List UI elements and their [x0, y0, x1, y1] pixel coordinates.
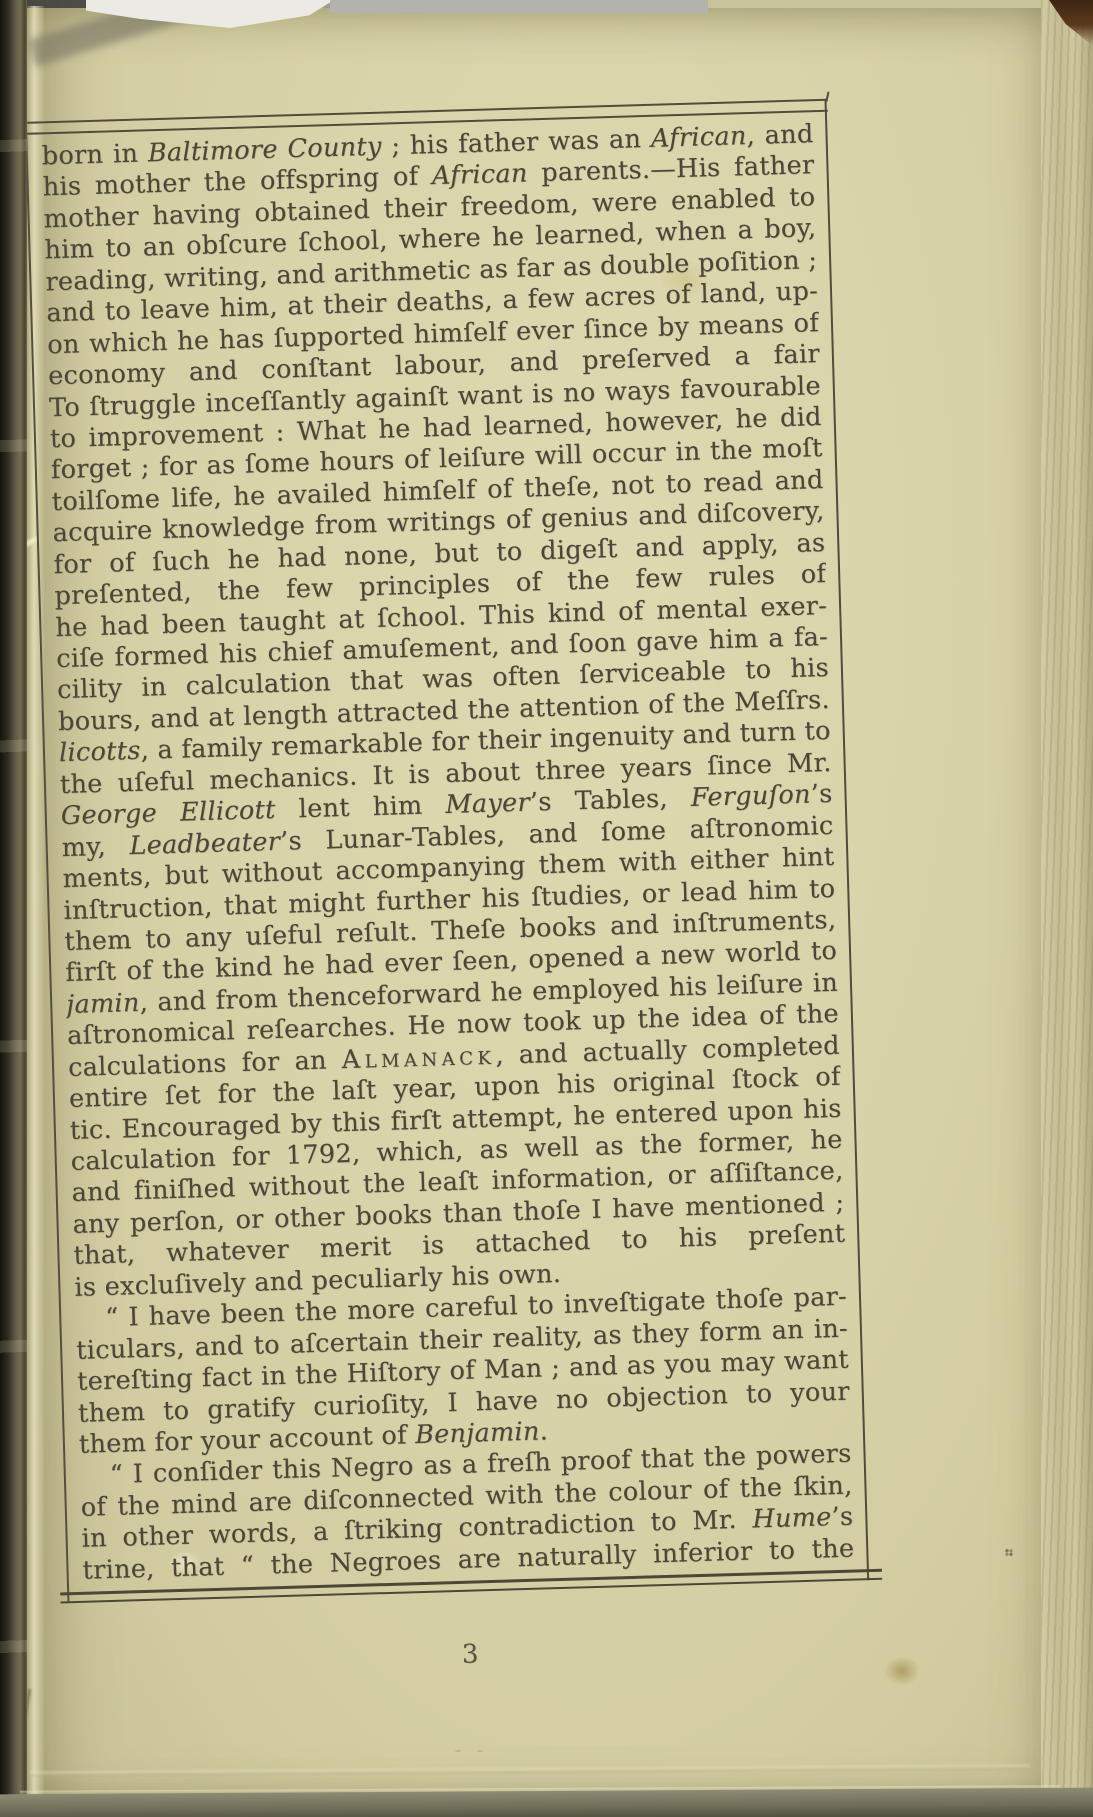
paper-fragment-gray: [330, 0, 708, 13]
text-segment: Almanack: [341, 1040, 496, 1074]
page-text: born in Baltimore County ; his father wa…: [27, 116, 866, 1588]
text-segment: jamin: [66, 988, 140, 1020]
text-segment: Ferguſon: [690, 780, 811, 813]
text-segment: Leadbeater: [129, 826, 281, 860]
text-segment: licotts: [59, 736, 141, 768]
text-segment: born in: [41, 138, 148, 171]
text-segment: African: [432, 159, 529, 192]
text-segment: my,: [61, 831, 130, 863]
text-segment: Mayer: [445, 788, 530, 820]
text-segment: George Ellicott: [60, 795, 276, 831]
text-segment: Hume: [752, 1502, 832, 1534]
paper-stain-brown: [884, 1656, 920, 1686]
text-block: born in Baltimore County ; his father wa…: [25, 99, 869, 1603]
text-segment: Benjamin: [415, 1417, 540, 1451]
text-segment: Baltimore County: [147, 132, 382, 169]
fore-edge-texture: [1041, 0, 1093, 1817]
binding-texture: [0, 0, 27, 1817]
fore-edge-speck: [1004, 1548, 1014, 1557]
text-segment: ’s Tables,: [529, 783, 691, 818]
text-segment: African: [650, 121, 747, 154]
paper-specks: [450, 1746, 490, 1756]
page-number: 3: [461, 1639, 478, 1669]
text-segment: .: [539, 1416, 548, 1446]
photo-scene: born in Baltimore County ; his father wa…: [0, 0, 1093, 1817]
text-segment: , and: [746, 119, 814, 151]
text-segment: lent him: [275, 790, 446, 825]
